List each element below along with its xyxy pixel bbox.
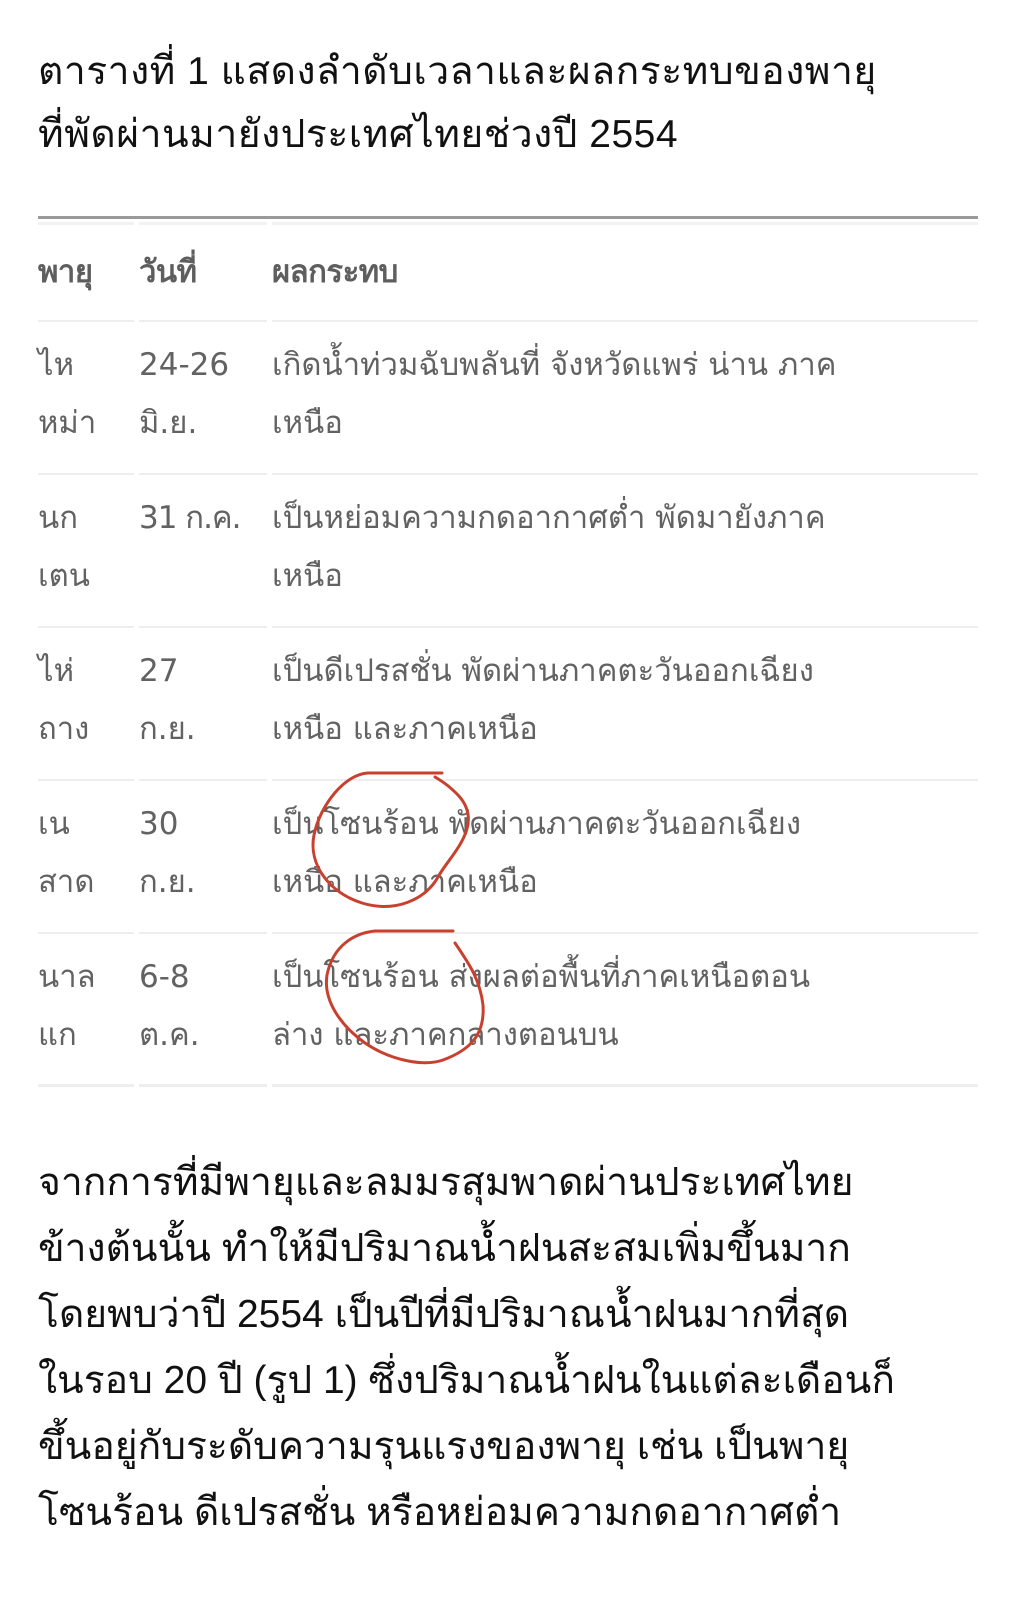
paragraph-line: โดยพบว่าปี 2554 เป็นปีที่มีปริมาณน้ำฝนมา… — [38, 1282, 978, 1348]
date-line: 27 — [139, 642, 267, 700]
cell-impact: เป็นโซนร้อน ส่งผลต่อพื้นที่ภาคเหนือตอน ล… — [272, 934, 978, 1087]
storm-name-line: ไห่ — [38, 642, 134, 700]
cell-date: 30 ก.ย. — [139, 781, 267, 934]
paragraph-line: โซนร้อน ดีเปรสชั่น หรือหย่อมความกดอากาศต… — [38, 1480, 978, 1546]
table-caption: ตารางที่ 1 แสดงลำดับเวลาและผลกระทบของพาย… — [38, 40, 978, 166]
cell-impact: เป็นโซนร้อน พัดผ่านภาคตะวันออกเฉียง เหนื… — [272, 781, 978, 934]
storm-name-line: นก — [38, 489, 134, 547]
storm-name-line: ไห — [38, 336, 134, 394]
header-impact: ผลกระทบ — [272, 222, 978, 322]
cell-storm: นาล แก — [38, 934, 134, 1087]
impact-line: เป็นโซนร้อน พัดผ่านภาคตะวันออกเฉียง — [272, 795, 978, 853]
cell-impact: เกิดน้ำท่วมฉับพลันที่ จังหวัดแพร่ น่าน ภ… — [272, 322, 978, 475]
impact-line: เป็นโซนร้อน ส่งผลต่อพื้นที่ภาคเหนือตอน — [272, 948, 978, 1006]
storm-name-line: หม่า — [38, 394, 134, 452]
header-storm: พายุ — [38, 222, 134, 322]
paragraph-line: ข้างต้นนั้น ทำให้มีปริมาณน้ำฝนสะสมเพิ่มข… — [38, 1216, 978, 1282]
storm-name-line: สาด — [38, 853, 134, 911]
impact-line: เหนือ และภาคเหนือ — [272, 853, 978, 911]
cell-storm: ไห่ ถาง — [38, 628, 134, 781]
cell-impact: เป็นดีเปรสชั่น พัดผ่านภาคตะวันออกเฉียง เ… — [272, 628, 978, 781]
date-line: 24-26 — [139, 336, 267, 394]
date-line: ก.ย. — [139, 700, 267, 758]
date-line: 6-8 — [139, 948, 267, 1006]
table-row: นาล แก 6-8 ต.ค. เป็นโซนร้อน ส่งผลต่อพื้น… — [38, 934, 978, 1087]
date-line: ก.ย. — [139, 853, 267, 911]
table-top-divider — [38, 216, 978, 219]
paragraph-line: จากการที่มีพายุและลมมรสุมพาดผ่านประเทศไท… — [38, 1150, 978, 1216]
caption-line-1: ตารางที่ 1 แสดงลำดับเวลาและผลกระทบของพาย… — [38, 40, 978, 103]
table-row: ไห หม่า 24-26 มิ.ย. เกิดน้ำท่วมฉับพลันที… — [38, 322, 978, 475]
date-line: 31 ก.ค. — [139, 489, 267, 547]
paragraph-line: ขึ้นอยู่กับระดับความรุนแรงของพายุ เช่น เ… — [38, 1414, 978, 1480]
cell-impact: เป็นหย่อมความกดอากาศต่ำ พัดมายังภาค เหนื… — [272, 475, 978, 628]
table-row: นก เตน 31 ก.ค. เป็นหย่อมความกดอากาศต่ำ พ… — [38, 475, 978, 628]
date-line: มิ.ย. — [139, 394, 267, 452]
storm-name-line: เตน — [38, 547, 134, 605]
storm-name-line: นาล — [38, 948, 134, 1006]
storm-name-line: แก — [38, 1006, 134, 1064]
cell-storm: เน สาด — [38, 781, 134, 934]
cell-date: 24-26 มิ.ย. — [139, 322, 267, 475]
table-row: ไห่ ถาง 27 ก.ย. เป็นดีเปรสชั่น พัดผ่านภา… — [38, 628, 978, 781]
storm-table: พายุ วันที่ ผลกระทบ ไห หม่า 24-26 มิ.ย. … — [33, 222, 983, 1087]
impact-line: เหนือ — [272, 547, 978, 605]
cell-date: 6-8 ต.ค. — [139, 934, 267, 1087]
cell-date: 31 ก.ค. — [139, 475, 267, 628]
body-paragraph: จากการที่มีพายุและลมมรสุมพาดผ่านประเทศไท… — [38, 1150, 978, 1546]
impact-line: เป็นหย่อมความกดอากาศต่ำ พัดมายังภาค — [272, 489, 978, 547]
caption-line-2: ที่พัดผ่านมายังประเทศไทยช่วงปี 2554 — [38, 103, 978, 166]
cell-date: 27 ก.ย. — [139, 628, 267, 781]
date-line: 30 — [139, 795, 267, 853]
impact-line: เกิดน้ำท่วมฉับพลันที่ จังหวัดแพร่ น่าน ภ… — [272, 336, 978, 394]
cell-storm: ไห หม่า — [38, 322, 134, 475]
date-line: ต.ค. — [139, 1006, 267, 1064]
impact-line: เหนือ และภาคเหนือ — [272, 700, 978, 758]
table-header-row: พายุ วันที่ ผลกระทบ — [38, 222, 978, 322]
impact-line: เหนือ — [272, 394, 978, 452]
impact-line: ล่าง และภาคกลางตอนบน — [272, 1006, 978, 1064]
header-date: วันที่ — [139, 222, 267, 322]
table-row: เน สาด 30 ก.ย. เป็นโซนร้อน พัดผ่านภาคตะว… — [38, 781, 978, 934]
paragraph-line: ในรอบ 20 ปี (รูป 1) ซึ่งปริมาณน้ำฝนในแต่… — [38, 1348, 978, 1414]
storm-name-line: ถาง — [38, 700, 134, 758]
impact-line: เป็นดีเปรสชั่น พัดผ่านภาคตะวันออกเฉียง — [272, 642, 978, 700]
cell-storm: นก เตน — [38, 475, 134, 628]
storm-name-line: เน — [38, 795, 134, 853]
